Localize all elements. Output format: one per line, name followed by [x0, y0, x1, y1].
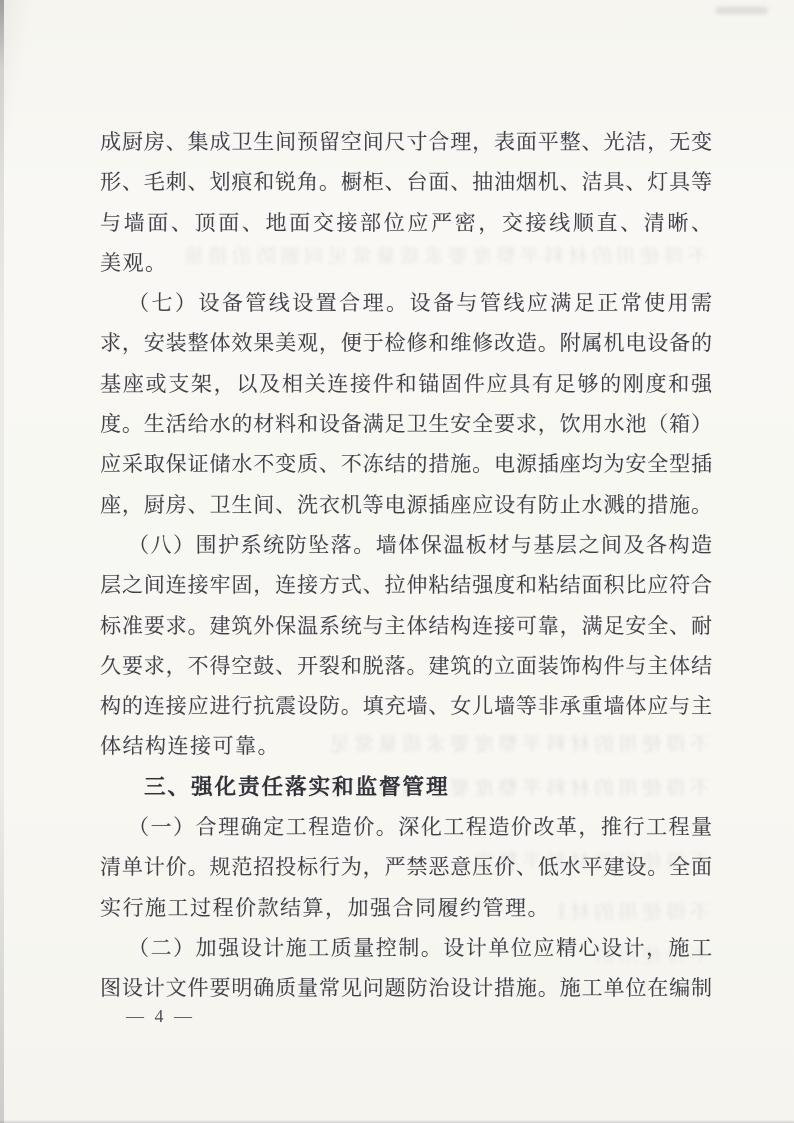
document-line: 图设计文件要明确质量常见问题防治设计措施。施工单位在编制	[100, 968, 712, 1008]
section-heading: 三、强化责任落实和监督管理	[100, 767, 712, 807]
document-line: 形、毛刺、划痕和锐角。橱柜、台面、抽油烟机、洁具、灯具等	[100, 162, 712, 202]
document-line: 标准要求。建筑外保温系统与主体结构连接可靠，满足安全、耐	[100, 606, 712, 646]
document-text-block: 成厨房、集成卫生间预留空间尺寸合理，表面平整、光洁，无变 形、毛刺、划痕和锐角。…	[100, 122, 712, 1009]
document-line: （八）围护系统防坠落。墙体保温板材与基层之间及各构造	[100, 525, 712, 565]
scan-left-edge-shadow	[0, 0, 4, 1123]
document-line: 美观。	[100, 243, 712, 283]
document-line: 实行施工过程价款结算，加强合同履约管理。	[100, 888, 712, 928]
document-line: 层之间连接牢固，连接方式、拉伸粘结强度和粘结面积比应符合	[100, 565, 712, 605]
document-line: 应采取保证储水不变质、不冻结的措施。电源插座均为安全型插	[100, 444, 712, 484]
page-number: — 4 —	[126, 1006, 195, 1027]
document-line: （二）加强设计施工质量控制。设计单位应精心设计，施工	[100, 928, 712, 968]
document-line: 久要求，不得空鼓、开裂和脱落。建筑的立面装饰构件与主体结	[100, 646, 712, 686]
document-line: （一）合理确定工程造价。深化工程造价改革，推行工程量	[100, 807, 712, 847]
scanned-page: 不得使用的材料平整度要求质量常见问题防治措施全面推行 不得使用的材料平整度要求质…	[0, 0, 794, 1123]
document-line: （七）设备管线设置合理。设备与管线应满足正常使用需	[100, 283, 712, 323]
document-line: 清单计价。规范招投标行为，严禁恶意压价、低水平建设。全面	[100, 847, 712, 887]
document-line: 成厨房、集成卫生间预留空间尺寸合理，表面平整、光洁，无变	[100, 122, 712, 162]
document-line: 度。生活给水的材料和设备满足卫生安全要求，饮用水池（箱）	[100, 404, 712, 444]
document-line: 座，厨房、卫生间、洗衣机等电源插座应设有防止水溅的措施。	[100, 485, 712, 525]
document-line: 体结构连接可靠。	[100, 726, 712, 766]
document-line: 求，安装整体效果美观，便于检修和维修改造。附属机电设备的	[100, 323, 712, 363]
document-line: 构的连接应进行抗震设防。填充墙、女儿墙等非承重墙体应与主	[100, 686, 712, 726]
document-line: 基座或支架，以及相关连接件和锚固件应具有足够的刚度和强	[100, 364, 712, 404]
document-line: 与墙面、顶面、地面交接部位应严密，交接线顺直、清晰、	[100, 203, 712, 243]
scan-corner-smudge	[716, 7, 768, 14]
